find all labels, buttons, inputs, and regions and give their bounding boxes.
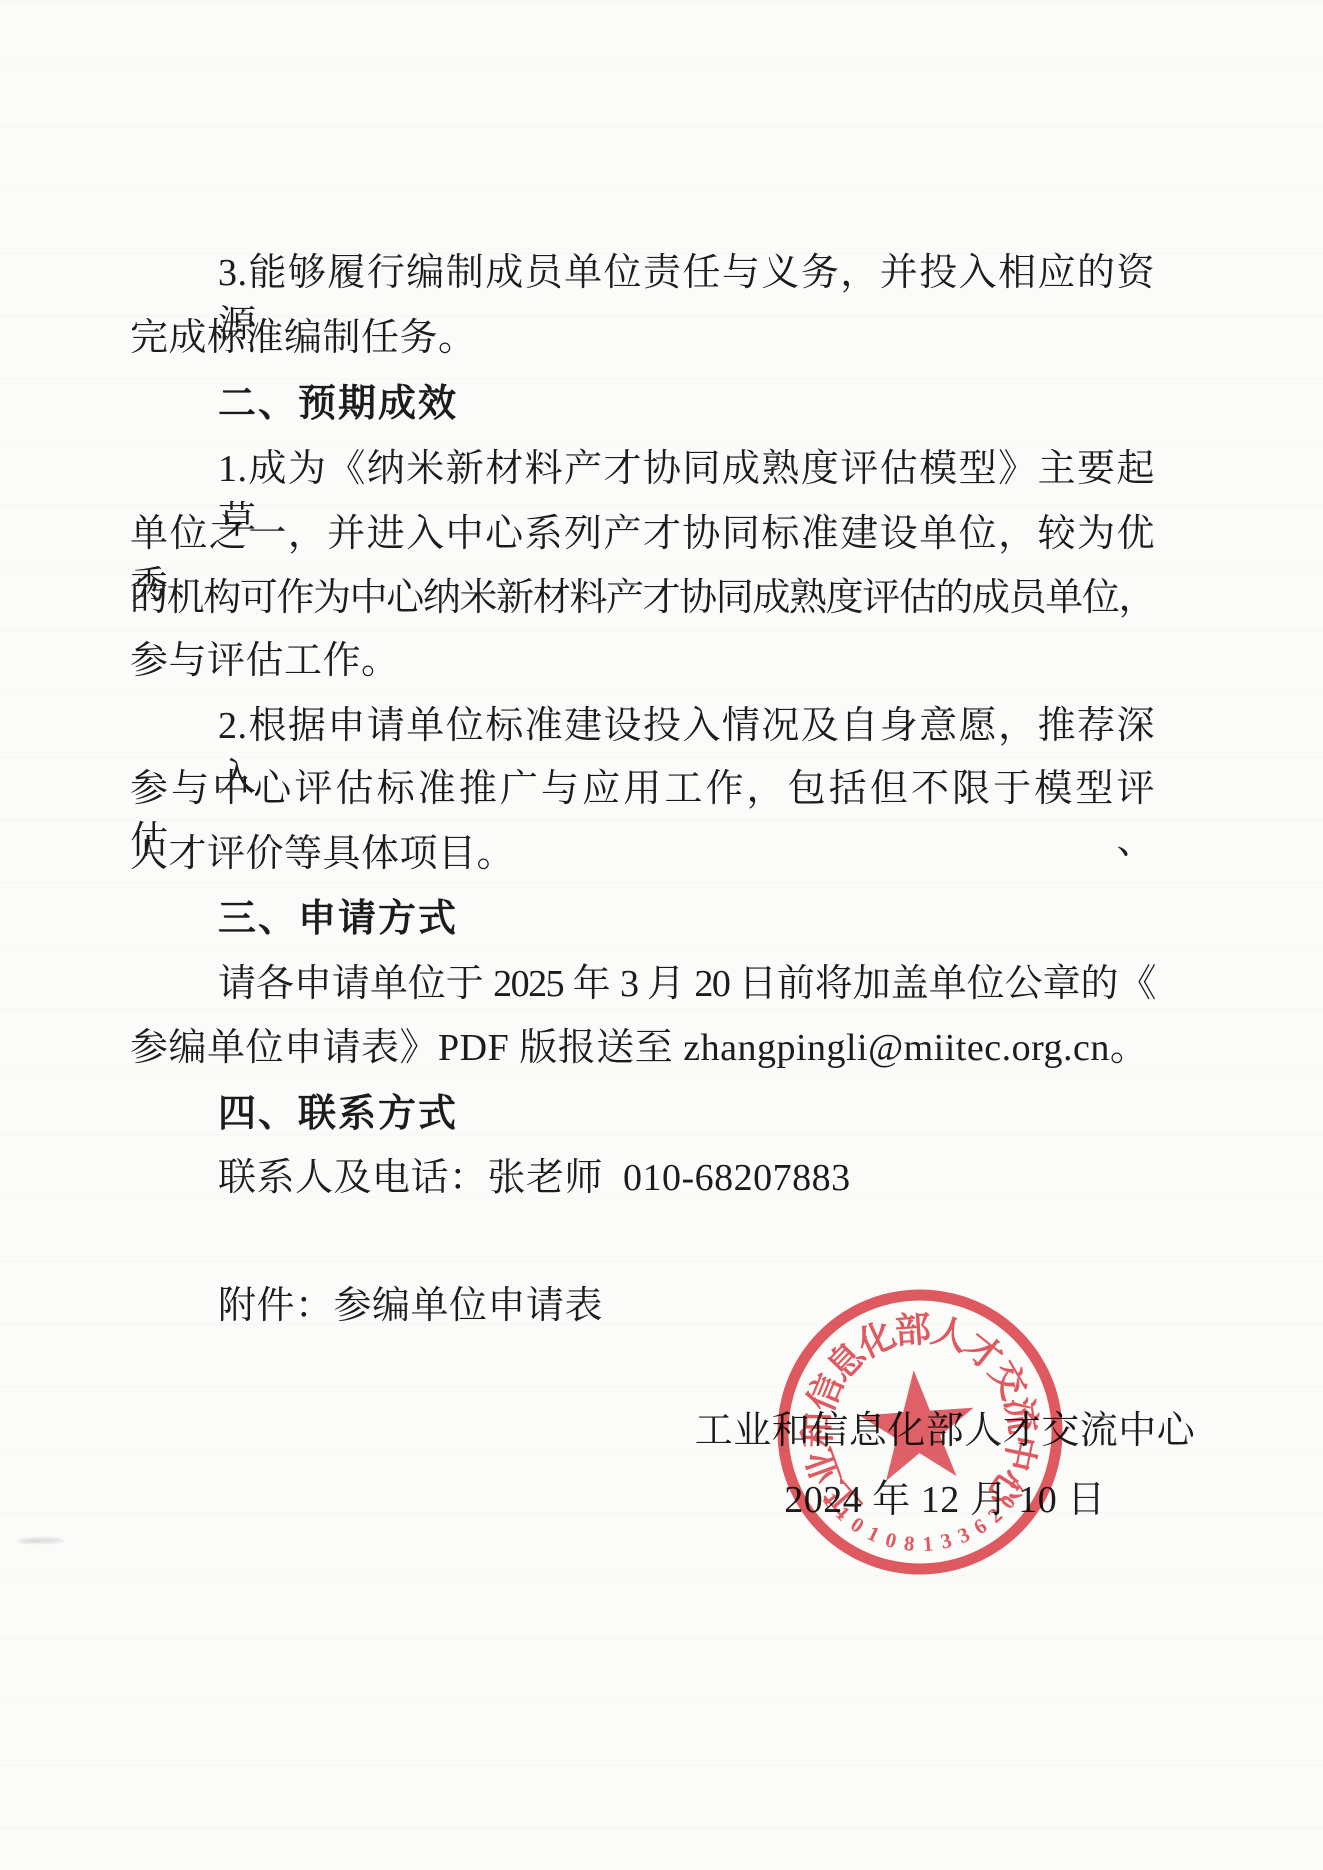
- seal-glyph: 和: [798, 1411, 839, 1448]
- seal-glyph: 0: [883, 1527, 899, 1553]
- attachment-line: 附件：参编单位申请表: [218, 1280, 603, 1332]
- scanned-letter-page: 3.能够履行编制成员单位责任与义务，并投入相应的资源 完成标准编制任务。 二、预…: [0, 0, 1323, 1870]
- scan-smudge: [18, 1536, 64, 1546]
- body-line: 的机构可作为中心纳米新材料产才协同成熟度评估的成员单位，: [130, 572, 1155, 624]
- seal-glyph: 3: [954, 1522, 973, 1548]
- seal-glyph: 8: [903, 1531, 916, 1556]
- section-heading: 三、申请方式: [218, 893, 458, 945]
- star-icon: [857, 1366, 978, 1482]
- official-seal: 工业和信息化部人才交流中心1101081336207: [760, 1272, 1080, 1592]
- body-line: 人才评价等具体项目。: [130, 828, 515, 880]
- section-heading: 四、联系方式: [218, 1088, 458, 1140]
- seal-glyph: 1: [864, 1521, 884, 1547]
- body-line: 完成标准编制任务。: [130, 312, 477, 364]
- seal-glyph: 3: [938, 1528, 954, 1554]
- seal-glyph: 1: [922, 1531, 934, 1556]
- seal-glyph: 6: [969, 1514, 991, 1540]
- body-line: 参与评估工作。: [130, 635, 400, 687]
- seal-glyph: 流: [998, 1394, 1043, 1436]
- body-line: 参编单位申请表》PDF 版报送至 zhangpingli@miitec.org.…: [130, 1022, 1148, 1074]
- body-line: 请各申请单位于 2025 年 3 月 20 日前将加盖单位公章的《: [218, 958, 1155, 1010]
- section-heading: 二、预期成效: [218, 378, 458, 430]
- body-line: 联系人及电话：张老师 010-68207883: [218, 1152, 851, 1204]
- seal-glyph: 部: [894, 1309, 933, 1351]
